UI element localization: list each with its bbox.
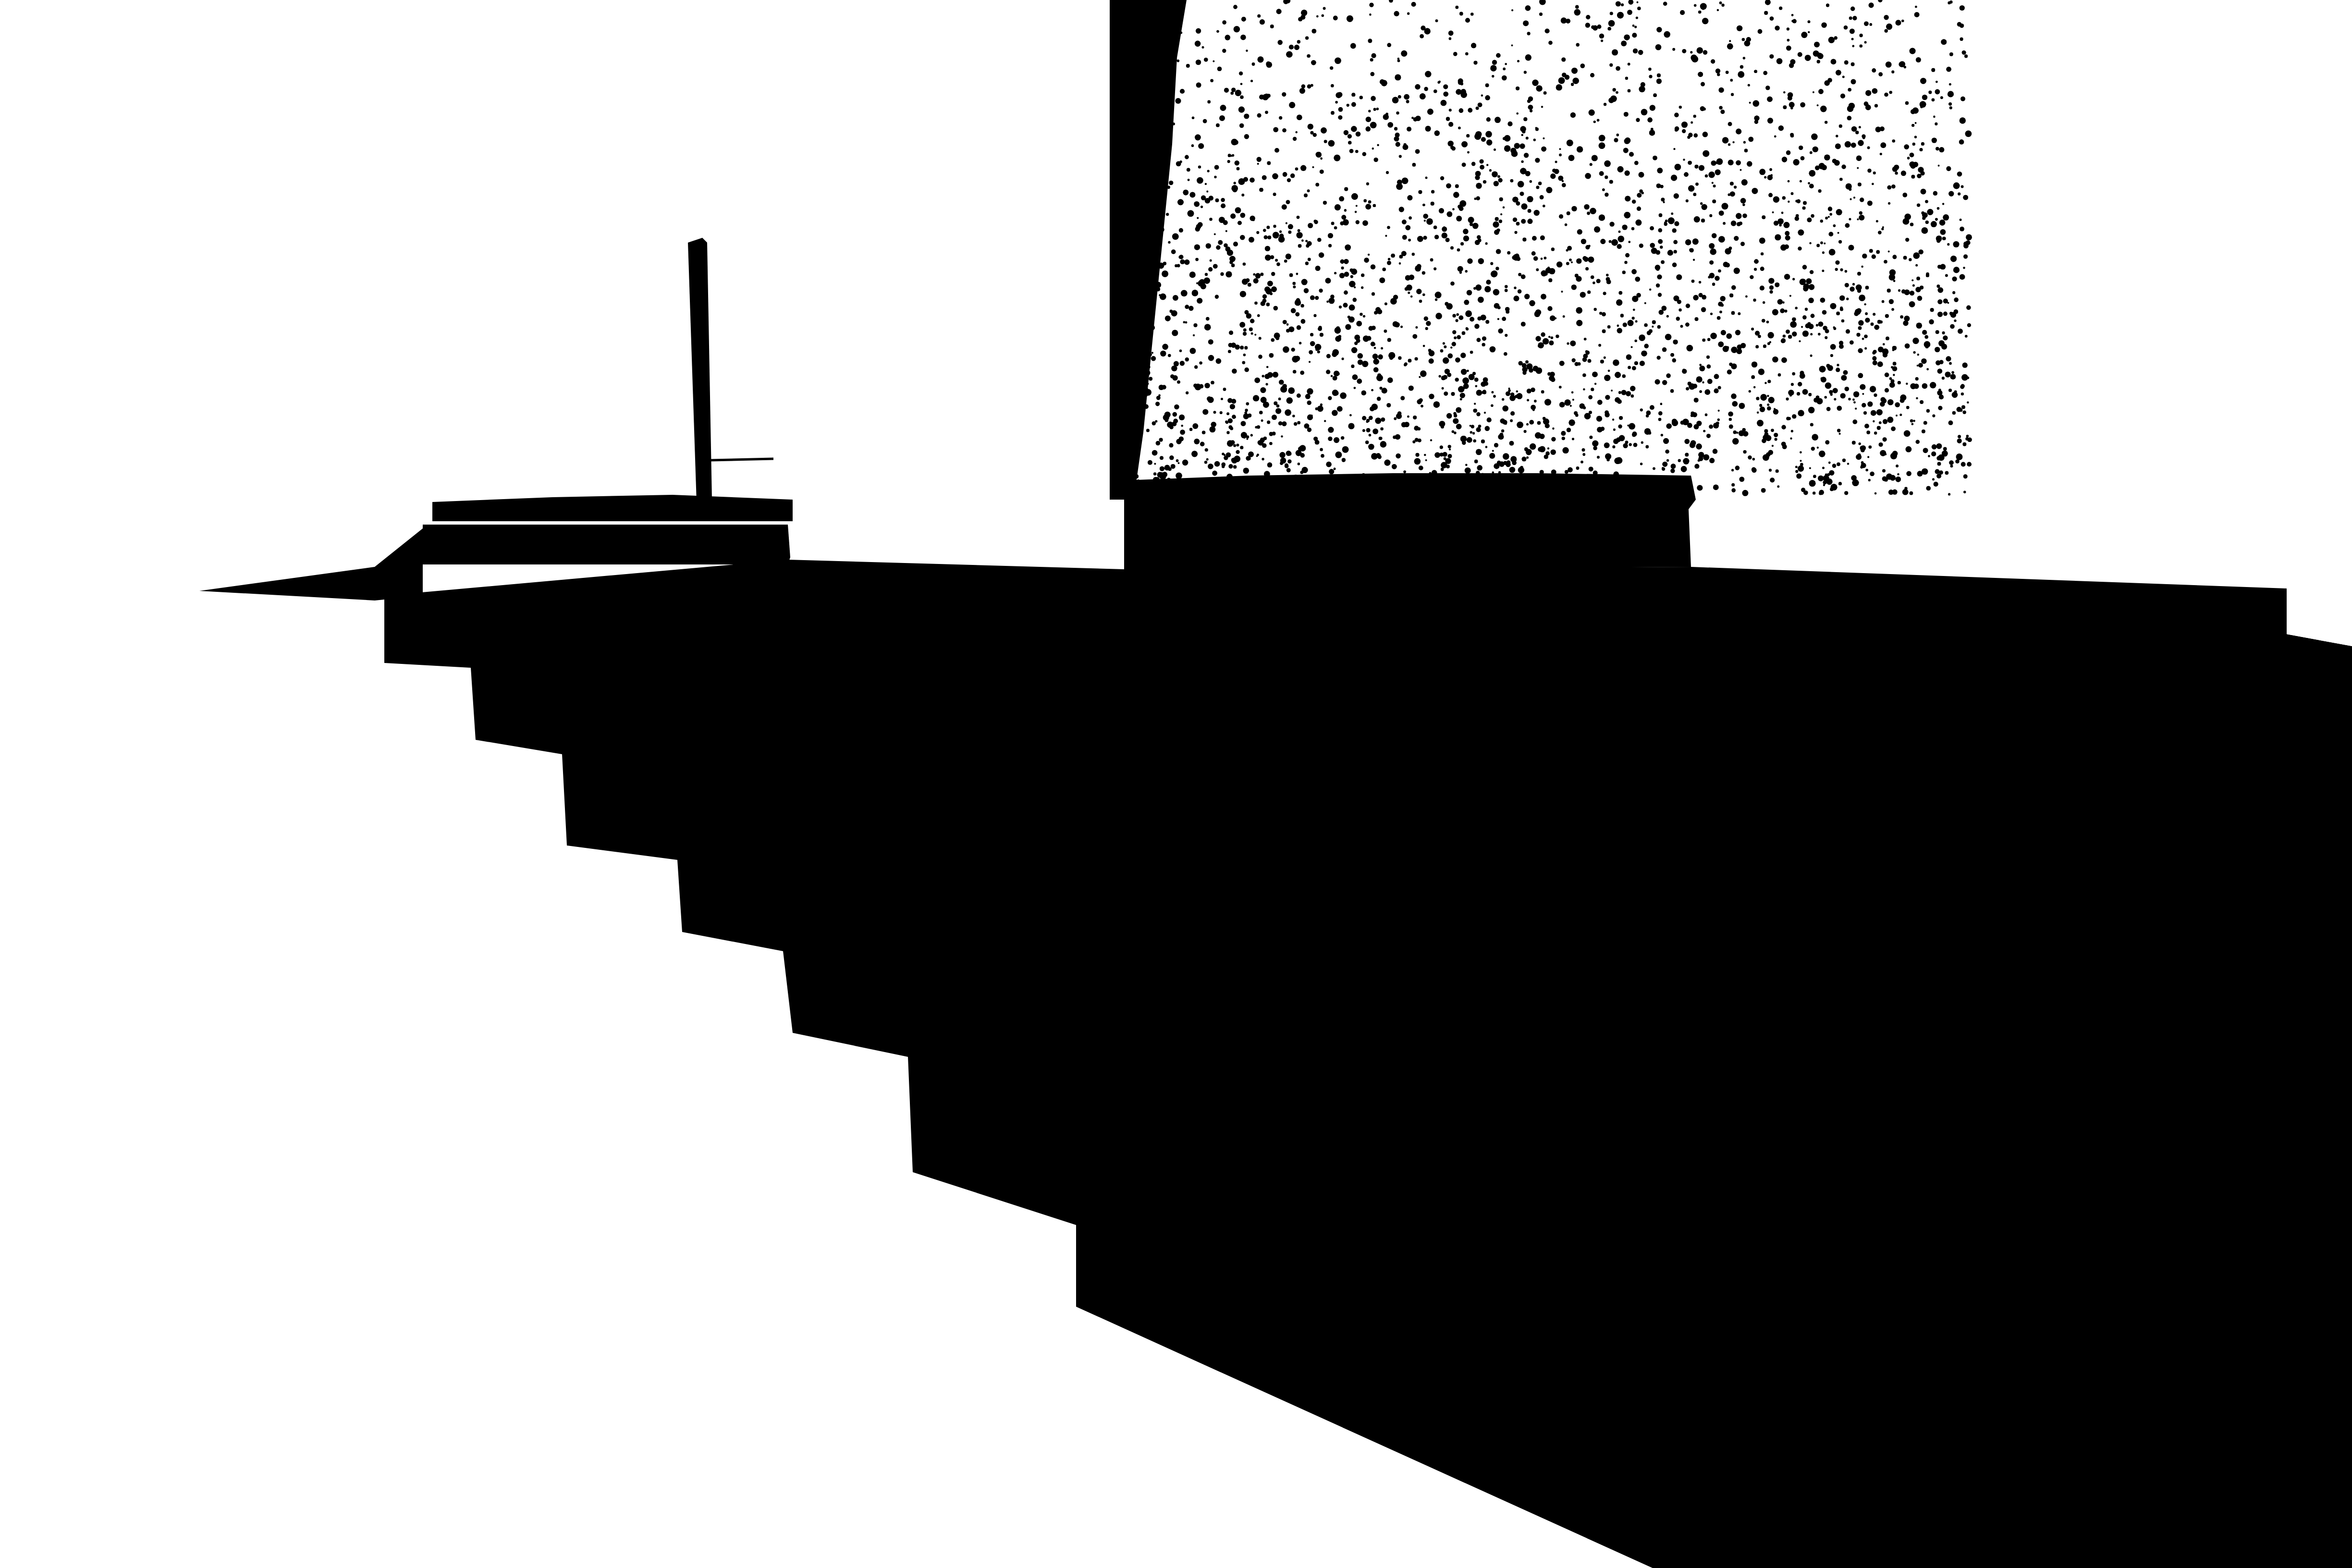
textured-wall-panel — [1110, 0, 1974, 500]
planter-block — [1124, 473, 1696, 572]
pole-crossbar — [711, 459, 773, 460]
ledge-lower — [423, 525, 790, 564]
photo-canvas — [0, 0, 2352, 1568]
